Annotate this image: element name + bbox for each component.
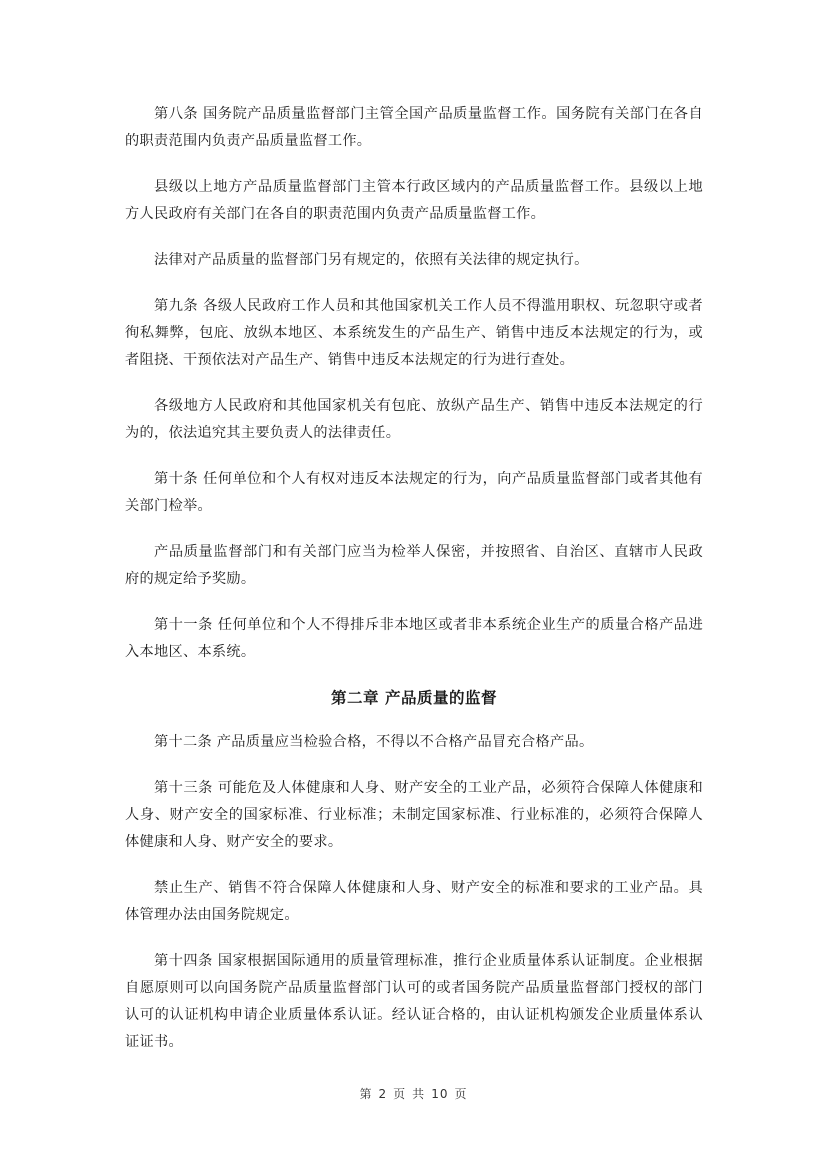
article-14-paragraph: 第十四条 国家根据国际通用的质量管理标准，推行企业质量体系认证制度。企业根据自愿… bbox=[125, 948, 703, 1056]
article-8-local-paragraph: 县级以上地方产品质量监督部门主管本行政区域内的产品质量监督工作。县级以上地方人民… bbox=[125, 174, 703, 228]
article-10-paragraph: 第十条 任何单位和个人有权对违反本法规定的行为，向产品质量监督部门或者其他有关部… bbox=[125, 466, 703, 520]
article-9-liability-paragraph: 各级地方人民政府和其他国家机关有包庇、放纵产品生产、销售中违反本法规定的行为的，… bbox=[125, 393, 703, 447]
article-11-paragraph: 第十一条 任何单位和个人不得排斥非本地区或者非本系统企业生产的质量合格产品进入本… bbox=[125, 612, 703, 666]
article-9-paragraph: 第九条 各级人民政府工作人员和其他国家机关工作人员不得滥用职权、玩忽职守或者徇私… bbox=[125, 293, 703, 374]
article-12-paragraph: 第十二条 产品质量应当检验合格，不得以不合格产品冒充合格产品。 bbox=[125, 729, 703, 756]
chapter-title: 第二章 产品质量的监督 bbox=[125, 685, 703, 712]
footer-total-suffix: 页 bbox=[454, 1087, 467, 1101]
page-footer: 第2页共10页 bbox=[0, 1085, 827, 1102]
article-8-paragraph: 第八条 国务院产品质量监督部门主管全国产品质量监督工作。国务院有关部门在各自的职… bbox=[125, 101, 703, 155]
footer-prefix: 第 bbox=[360, 1087, 373, 1101]
footer-page-word: 页 bbox=[393, 1087, 406, 1101]
article-10-confidentiality-paragraph: 产品质量监督部门和有关部门应当为检举人保密，并按照省、自治区、直辖市人民政府的规… bbox=[125, 539, 703, 593]
total-pages-number: 10 bbox=[431, 1087, 448, 1101]
article-13-prohibition-paragraph: 禁止生产、销售不符合保障人体健康和人身、财产安全的标准和要求的工业产品。具体管理… bbox=[125, 875, 703, 929]
current-page-number: 2 bbox=[379, 1087, 388, 1101]
document-body: 第八条 国务院产品质量监督部门主管全国产品质量监督工作。国务院有关部门在各自的职… bbox=[125, 101, 703, 1075]
article-13-paragraph: 第十三条 可能危及人体健康和人身、财产安全的工业产品，必须符合保障人体健康和人身… bbox=[125, 775, 703, 856]
article-8-law-paragraph: 法律对产品质量的监督部门另有规定的，依照有关法律的规定执行。 bbox=[125, 247, 703, 274]
footer-total-prefix: 共 bbox=[412, 1087, 425, 1101]
document-page: 第八条 国务院产品质量监督部门主管全国产品质量监督工作。国务院有关部门在各自的职… bbox=[0, 0, 827, 1170]
